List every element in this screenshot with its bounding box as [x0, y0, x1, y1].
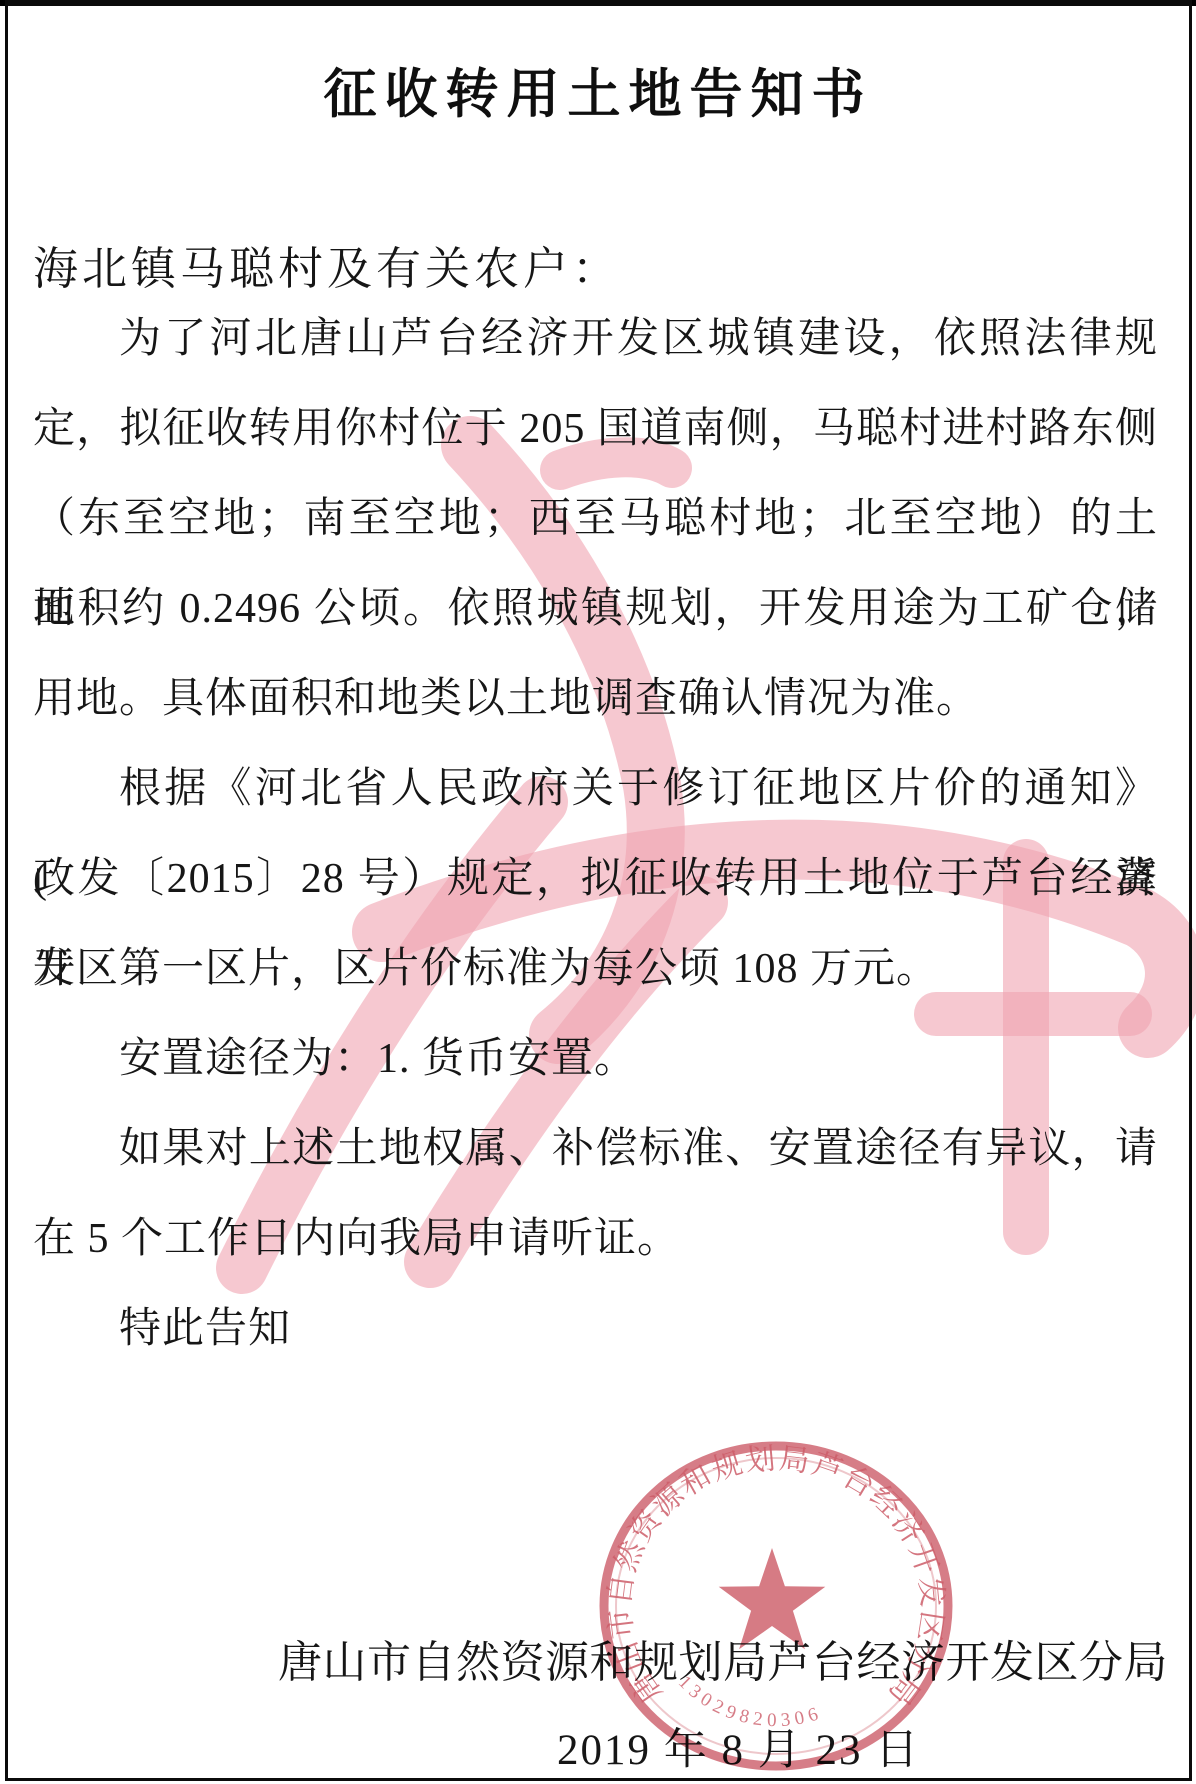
body-line: 特此告知: [33, 1284, 1158, 1374]
body-line: 根据《河北省人民政府关于修订征地区片价的通知》(冀: [33, 744, 1158, 834]
body-line: 为了河北唐山芦台经济开发区城镇建设，依照法律规: [33, 294, 1158, 384]
body-line: 安置途径为：1. 货币安置。: [33, 1014, 1158, 1104]
body-line: 在 5 个工作日内向我局申请听证。: [33, 1194, 1158, 1284]
issue-date: 2019 年 8 月 23 日: [557, 1716, 920, 1777]
issuing-authority: 唐山市自然资源和规划局芦台经济开发区分局: [278, 1626, 1168, 1690]
notice-body: 为了河北唐山芦台经济开发区城镇建设，依照法律规 定，拟征收转用你村位于 205 …: [33, 294, 1158, 1374]
body-line: 定，拟征收转用你村位于 205 国道南侧，马聪村进村路东侧: [33, 384, 1158, 474]
page-title: 征收转用土地告知书: [0, 52, 1196, 128]
body-line: 如果对上述土地权属、补偿标准、安置途径有异议，请: [33, 1104, 1158, 1194]
body-line: 政发〔2015〕28 号）规定，拟征收转用土地位于芦台经济开: [33, 834, 1158, 924]
body-line: 用地。具体面积和地类以土地调查确认情况为准。: [33, 654, 1158, 744]
body-line: 发区第一区片，区片价标准为每公顷 108 万元。: [33, 924, 1158, 1014]
salutation: 海北镇马聪村及有关农户：: [33, 232, 621, 297]
body-line: 面积约 0.2496 公顷。依照城镇规划，开发用途为工矿仓储: [33, 564, 1158, 654]
scanned-notice-page: 唐山+ 征收转用土地告知书 海北镇马聪村及有关农户： 为了河北唐山芦台经济开发区…: [0, 0, 1196, 1784]
body-line: （东至空地；南至空地；西至马聪村地；北至空地）的土地，: [33, 474, 1158, 564]
seal-inner-ring: [616, 1458, 936, 1754]
scan-top-edge: [0, 0, 1196, 6]
